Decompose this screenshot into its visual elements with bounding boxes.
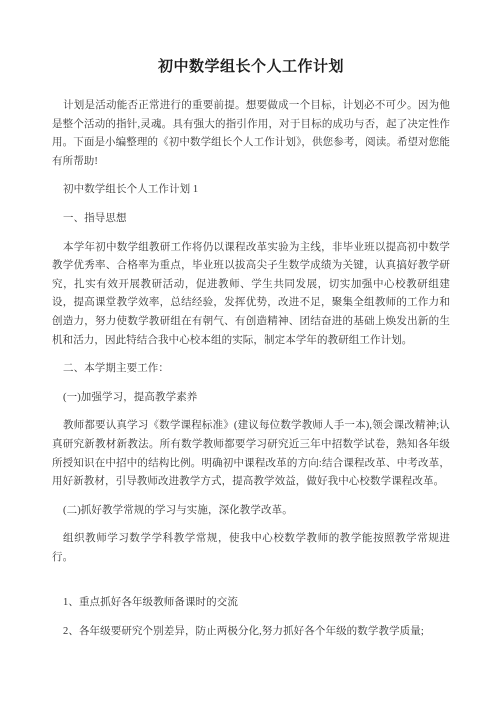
heading-section-2-1: (一)加强学习，提高教学素养 bbox=[52, 389, 450, 408]
paragraph-strengthen-learning: 教师都要认真学习《数学课程标准》(建议每位数学教师人手一本),领会课改精神;认真… bbox=[52, 417, 450, 491]
heading-section-2: 二、本学期主要工作： bbox=[52, 360, 450, 379]
paragraph-guiding-ideology: 本学年初中数学组教研工作将仍以课程改革实验为主线，非毕业班以提高初中数学教学优秀… bbox=[52, 239, 450, 351]
paragraph-teaching-routine: 组织教师学习数学学科教学常规，使我中心校数学教师的教学能按照教学常规进行。 bbox=[52, 530, 450, 567]
document-title: 初中数学组长个人工作计划 bbox=[52, 58, 450, 76]
heading-section-1: 一、指导思想 bbox=[52, 210, 450, 229]
document-body: 计划是活动能否正常进行的重要前提。想要做成一个目标，计划必不可少。因为他是整个活… bbox=[52, 97, 450, 642]
subtitle-plan-1: 初中数学组长个人工作计划 1 bbox=[52, 181, 450, 200]
document-page: 初中数学组长个人工作计划 计划是活动能否正常进行的重要前提。想要做成一个目标，计… bbox=[0, 0, 500, 708]
heading-section-2-2: (二)抓好教学常规的学习与实施，深化教学改革。 bbox=[52, 502, 450, 521]
list-item-1: 1、重点抓好各年级教师备课时的交流 bbox=[52, 594, 450, 613]
list-item-2: 2、各年级要研究个别差异，防止两极分化,努力抓好各个年级的数学教学质量; bbox=[52, 623, 450, 642]
intro-paragraph: 计划是活动能否正常进行的重要前提。想要做成一个目标，计划必不可少。因为他是整个活… bbox=[52, 97, 450, 171]
